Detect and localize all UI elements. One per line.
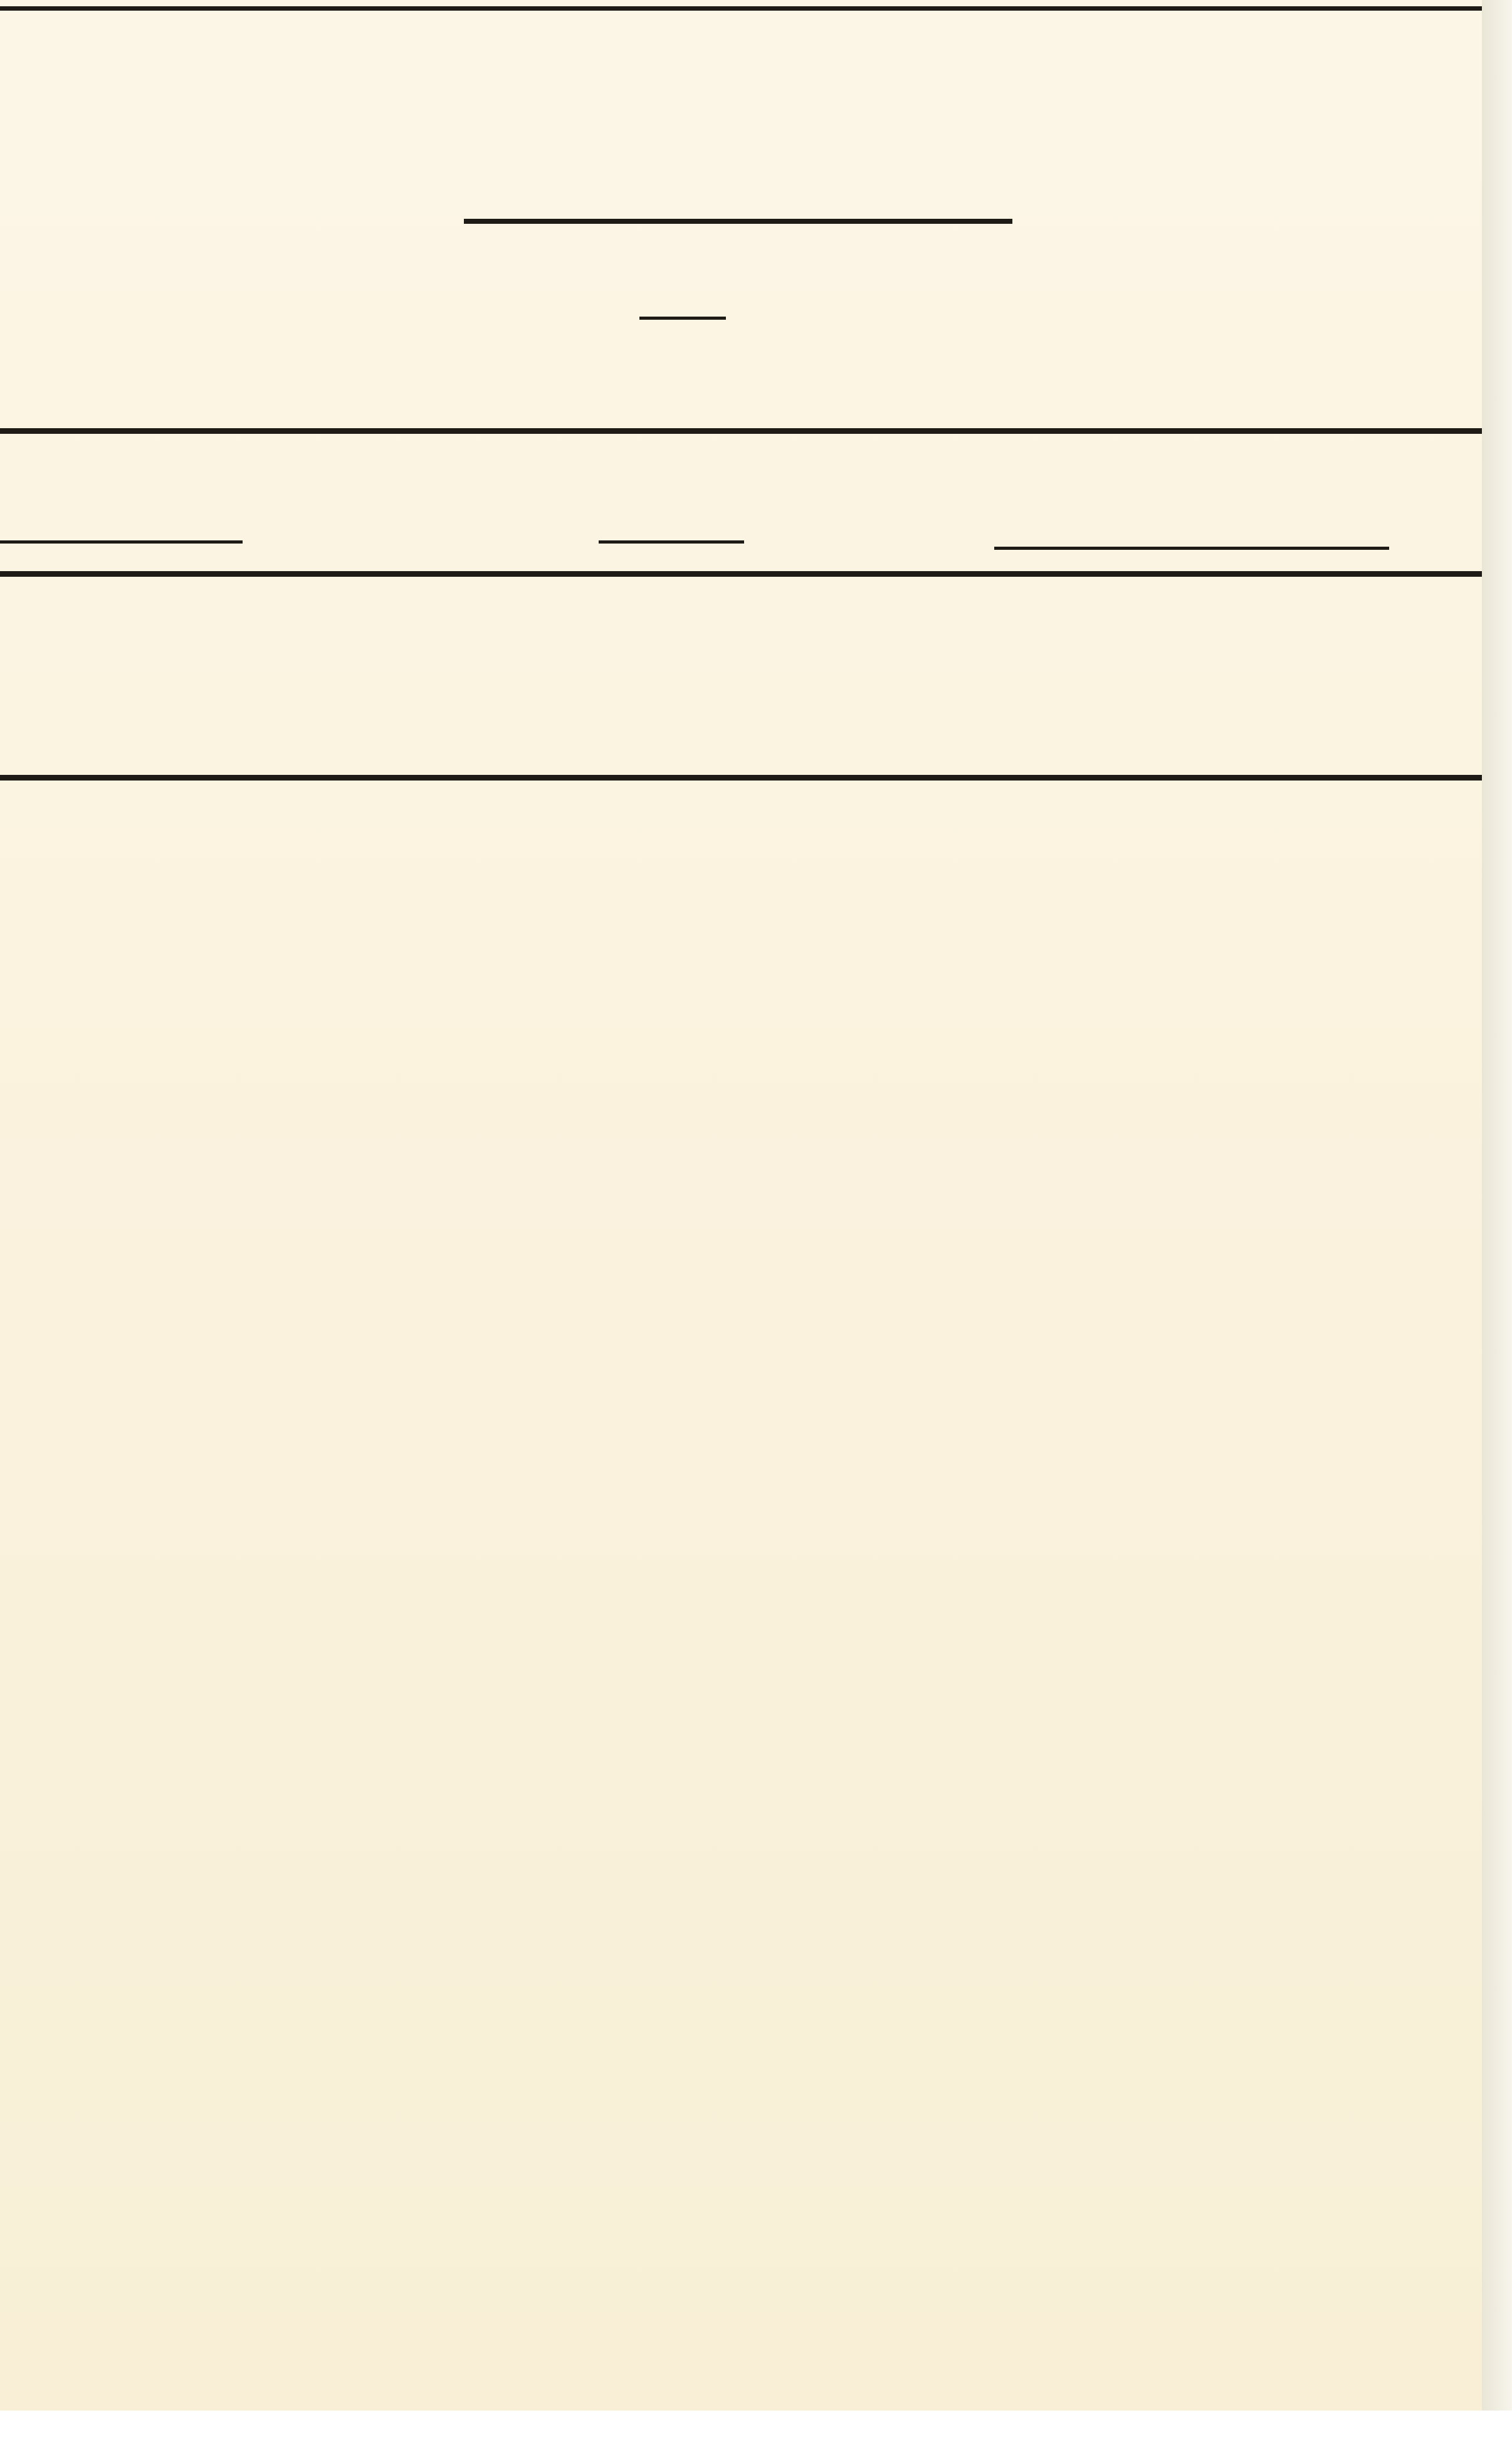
name-underline: [639, 317, 726, 320]
document-page: [0, 0, 1482, 2411]
names-subrule: [994, 547, 1389, 550]
dienstzeit-subrule: [117, 540, 243, 544]
alter-subrule: [0, 540, 117, 544]
table-top-rule: [0, 428, 1482, 434]
table-header-rule: [0, 571, 1482, 577]
page-margin: [0, 2411, 1512, 2445]
page-edge: [1482, 0, 1512, 2411]
familie-subrule: [599, 540, 744, 544]
file-number-line: [1191, 81, 1199, 125]
date-underline: [464, 219, 1012, 224]
top-rule: [0, 6, 1482, 11]
table-bottom-rule: [0, 775, 1482, 781]
